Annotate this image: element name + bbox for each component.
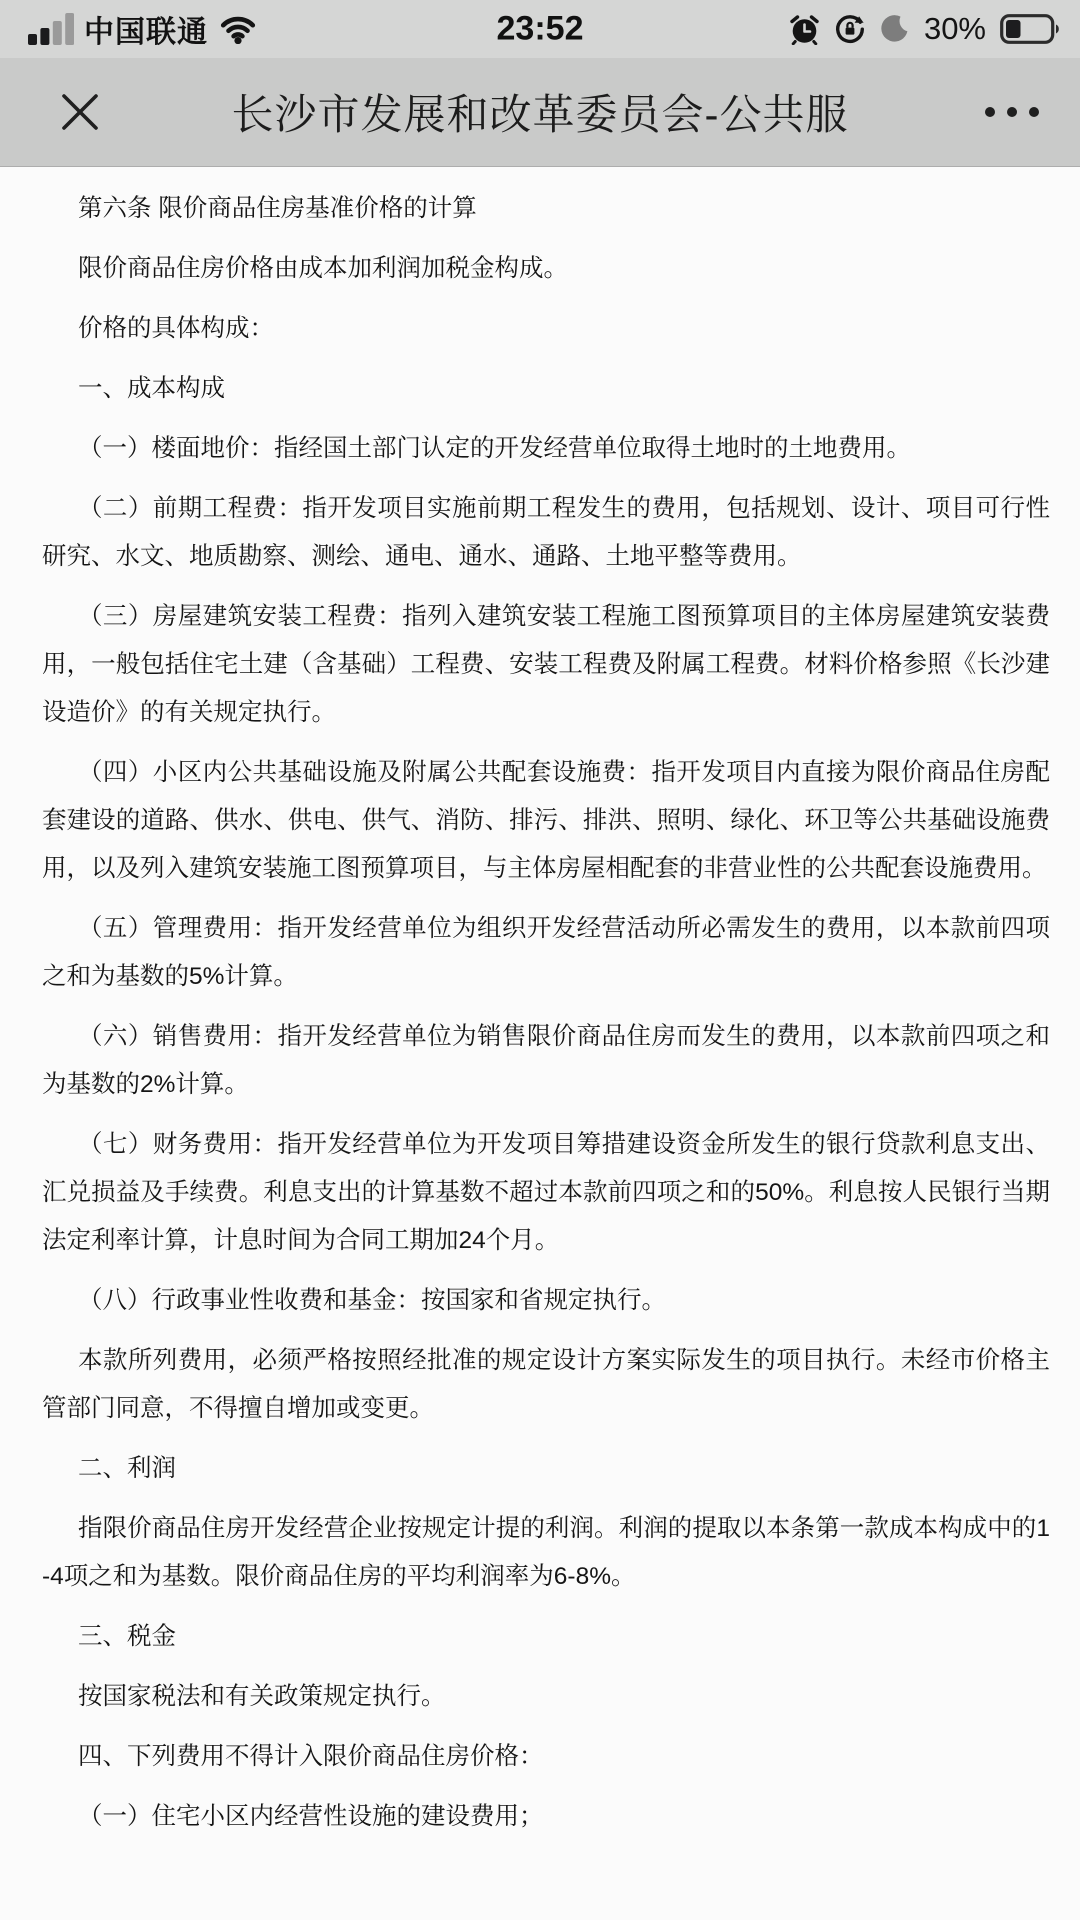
status-bar: 中国联通 23:52	[0, 0, 1080, 58]
phone-screen: 中国联通 23:52	[0, 0, 1080, 1920]
paragraph-section-heading: 一、成本构成	[42, 365, 1050, 413]
paragraph: （七）财务费用：指开发经营单位为开发项目筹措建设资金所发生的银行贷款利息支出、汇…	[42, 1121, 1050, 1265]
cellular-signal-icon	[28, 13, 74, 45]
paragraph: 按国家税法和有关政策规定执行。	[42, 1673, 1050, 1721]
close-x-icon	[60, 92, 100, 132]
paragraph: （二）前期工程费：指开发项目实施前期工程发生的费用，包括规划、设计、项目可行性研…	[42, 485, 1050, 581]
more-menu-button[interactable]	[980, 90, 1044, 134]
paragraph: （八）行政事业性收费和基金：按国家和省规定执行。	[42, 1277, 1050, 1325]
paragraph: 本款所列费用，必须严格按照经批准的规定设计方案实际发生的项目执行。未经市价格主管…	[42, 1337, 1050, 1433]
wifi-icon	[218, 14, 258, 44]
paragraph: （一）楼面地价：指经国土部门认定的开发经营单位取得土地时的土地费用。	[42, 425, 1050, 473]
clock: 23:52	[497, 10, 584, 49]
paragraph-section-heading: 三、税金	[42, 1613, 1050, 1661]
carrier-label: 中国联通	[84, 7, 208, 51]
do-not-disturb-moon-icon	[880, 14, 910, 44]
page-title: 长沙市发展和改革委员会-公共服	[232, 82, 849, 142]
paragraph: （三）房屋建筑安装工程费：指列入建筑安装工程施工图预算项目的主体房屋建筑安装费用…	[42, 593, 1050, 737]
nav-bar: 长沙市发展和改革委员会-公共服	[0, 58, 1080, 167]
status-right-cluster: 30%	[789, 11, 1062, 47]
close-button[interactable]	[54, 86, 106, 138]
paragraph: （四）小区内公共基础设施及附属公共配套设施费：指开发项目内直接为限价商品住房配套…	[42, 749, 1050, 893]
paragraph: 指限价商品住房开发经营企业按规定计提的利润。利润的提取以本条第一款成本构成中的1…	[42, 1505, 1050, 1601]
status-left-cluster: 中国联通	[28, 7, 258, 51]
paragraph-section-heading: 四、下列费用不得计入限价商品住房价格：	[42, 1733, 1050, 1781]
paragraph: 限价商品住房价格由成本加利润加税金构成。	[42, 245, 1050, 293]
paragraph-article-heading: 第六条 限价商品住房基准价格的计算	[42, 185, 1050, 233]
paragraph: （一）住宅小区内经营性设施的建设费用；	[42, 1793, 1050, 1841]
paragraph-section-heading: 二、利润	[42, 1445, 1050, 1493]
alarm-clock-icon	[789, 14, 820, 45]
rotation-lock-icon	[834, 13, 866, 45]
paragraph: （六）销售费用：指开发经营单位为销售限价商品住房而发生的费用，以本款前四项之和为…	[42, 1013, 1050, 1109]
paragraph: 价格的具体构成：	[42, 305, 1050, 353]
battery-percent: 30%	[924, 11, 986, 47]
paragraph: （五）管理费用：指开发经营单位为组织开发经营活动所必需发生的费用，以本款前四项之…	[42, 905, 1050, 1001]
battery-icon	[1000, 14, 1062, 44]
document-body: 第六条 限价商品住房基准价格的计算 限价商品住房价格由成本加利润加税金构成。 价…	[0, 167, 1080, 1841]
ellipsis-icon	[983, 106, 1041, 118]
